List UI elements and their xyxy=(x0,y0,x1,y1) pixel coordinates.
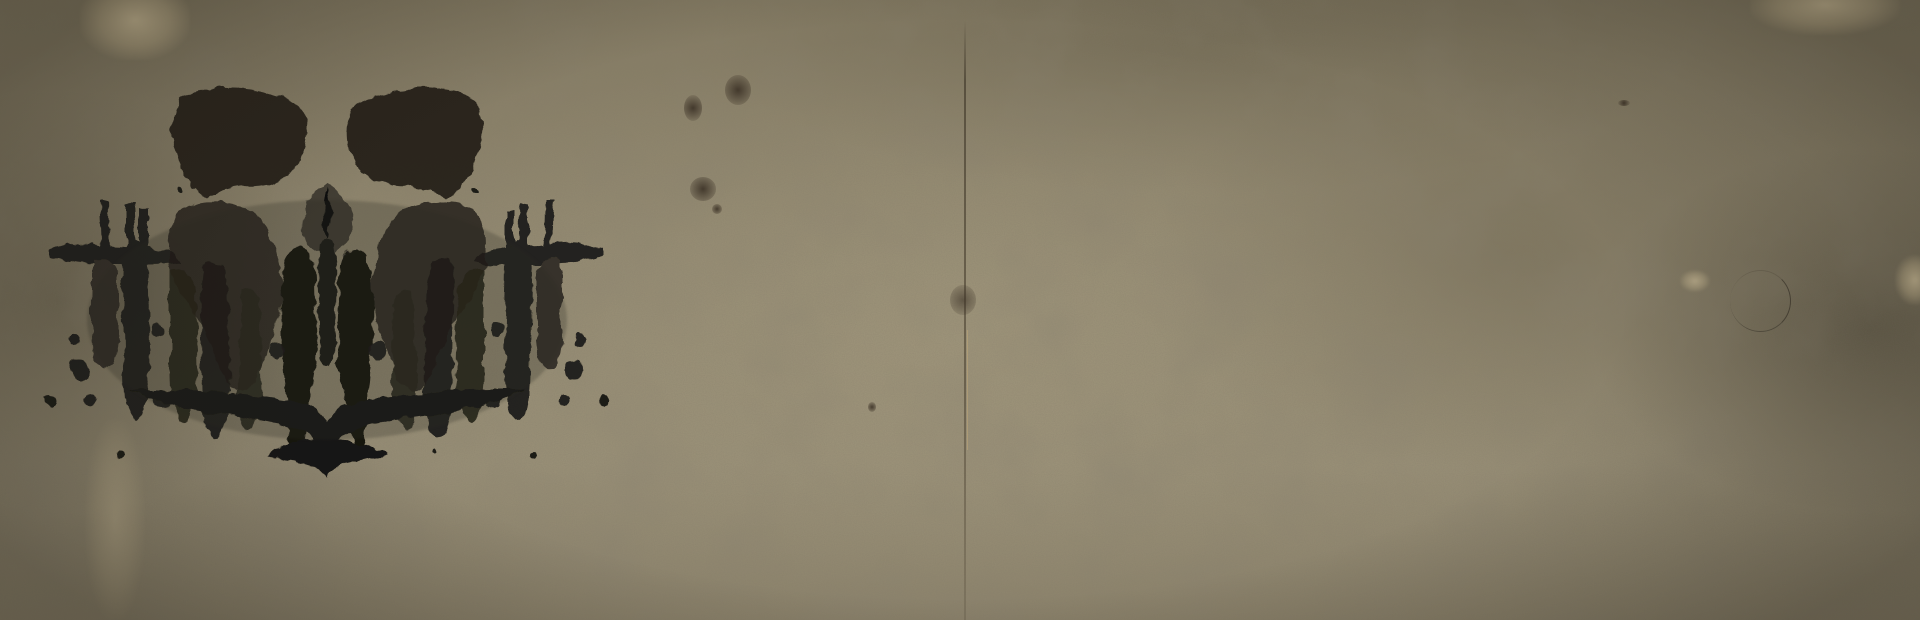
worn-patch-top-left xyxy=(80,0,190,60)
ink-stain xyxy=(712,204,722,214)
ring-mark xyxy=(1730,270,1791,332)
ink-stain xyxy=(690,177,716,201)
eye-sockets xyxy=(172,88,483,198)
ink-stain xyxy=(725,75,751,105)
ink-stain xyxy=(868,402,876,412)
fold-crease-highlight xyxy=(967,330,968,450)
ink-stain xyxy=(684,95,702,121)
ink-stain xyxy=(950,285,976,315)
worn-patch-top-right xyxy=(1750,0,1900,35)
worn-patch-center-right xyxy=(1680,270,1710,292)
fold-crease xyxy=(964,20,966,620)
worn-patch-right-edge xyxy=(1895,255,1920,305)
parchment-banner xyxy=(0,0,1920,620)
ink-stain xyxy=(1618,100,1630,106)
inkblot-skull-artwork xyxy=(30,70,610,540)
